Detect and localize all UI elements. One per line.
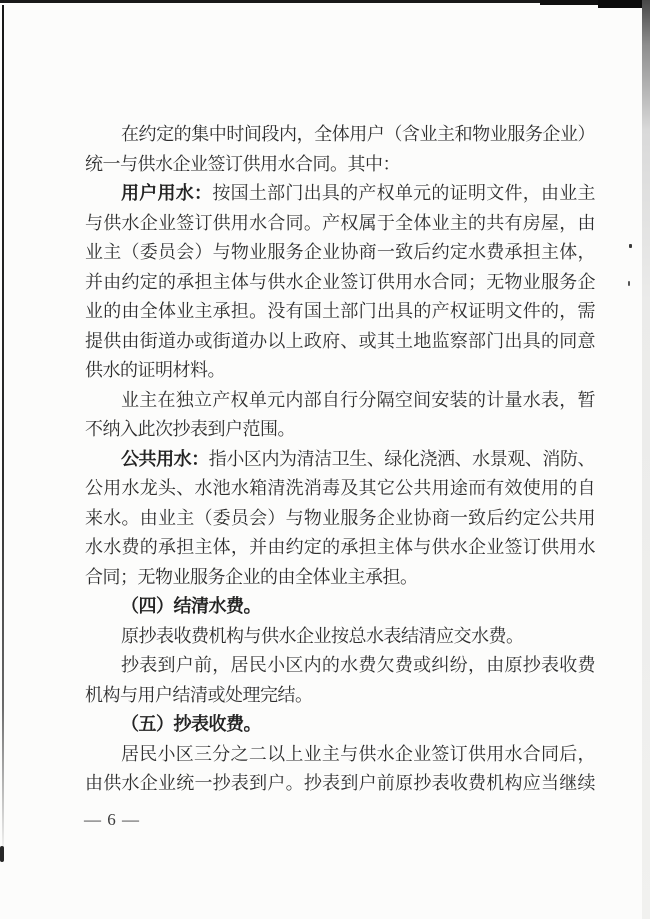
text-line: 并由约定的承担主体与供水企业签订供用水合同；无物业服务企	[85, 268, 595, 298]
text-line: 业的由全体业主承担。没有国土部门出具的产权证明文件的，需	[85, 297, 595, 327]
text-line: 统一与供水企业签订供用水合同。其中：	[85, 150, 595, 180]
text-line: 公共用水：指小区内为清洁卫生、绿化浇洒、水景观、消防、	[85, 445, 595, 475]
text-line: 抄表到户前，居民小区内的水费欠费或纠纷，由原抄表收费	[85, 651, 595, 681]
text-line: 业主（委员会）与物业服务企业协商一致后约定水费承担主体，	[85, 238, 595, 268]
text-line: 用户用水：按国土部门出具的产权单元的证明文件，由业主	[85, 179, 595, 209]
scan-edge-left	[2, 5, 4, 860]
bold-text: （四）结清水费。	[121, 596, 261, 616]
text-line: 与供水企业签订供用水合同。产权属于全体业主的共有房屋，由	[85, 209, 595, 239]
text-line: 居民小区三分之二以上业主与供水企业签订供用水合同后，	[85, 740, 595, 770]
bold-text: 用户用水：	[121, 183, 212, 203]
text-line: 原抄表收费机构与供水企业按总水表结清应交水费。	[85, 622, 595, 652]
text-line: 在约定的集中时间段内，全体用户（含业主和物业服务企业）	[85, 120, 595, 150]
page-number: — 6 —	[84, 810, 140, 830]
text-line: 提供由街道办或街道办以上政府、或其土地监察部门出具的同意	[85, 327, 595, 357]
text-line: 公用水龙头、水池水箱清洗消毒及其它公共用途而有效使用的自	[85, 474, 595, 504]
scanned-document-page: 在约定的集中时间段内，全体用户（含业主和物业服务企业）统一与供水企业签订供用水合…	[0, 0, 650, 919]
bold-text: （五）抄表收费。	[121, 714, 261, 734]
scan-edge-left-nub	[0, 846, 4, 862]
text-line: 业主在独立产权单元内部自行分隔空间安装的计量水表，暂	[85, 386, 595, 416]
scan-speck	[628, 281, 630, 286]
text-line: 不纳入此次抄表到户范围。	[85, 415, 595, 445]
text-line: 来水。由业主（委员会）与物业服务企业协商一致后约定公共用	[85, 504, 595, 534]
scan-speck	[629, 244, 632, 248]
text-line: 合同；无物业服务企业的由全体业主承担。	[85, 563, 595, 593]
heading-line: （五）抄表收费。	[85, 710, 595, 740]
text-line: 水水费的承担主体，并由约定的承担主体与供水企业签订供用水	[85, 533, 595, 563]
bold-text: 公共用水：	[121, 449, 209, 469]
document-body: 在约定的集中时间段内，全体用户（含业主和物业服务企业）统一与供水企业签订供用水合…	[85, 120, 595, 799]
scan-edge-right	[642, 0, 650, 919]
text-line: 由供水企业统一抄表到户。抄表到户前原抄表收费机构应当继续	[85, 769, 595, 799]
heading-line: （四）结清水费。	[85, 592, 595, 622]
text-line: 机构与用户结清或处理完结。	[85, 681, 595, 711]
text-line: 供水的证明材料。	[85, 356, 595, 386]
